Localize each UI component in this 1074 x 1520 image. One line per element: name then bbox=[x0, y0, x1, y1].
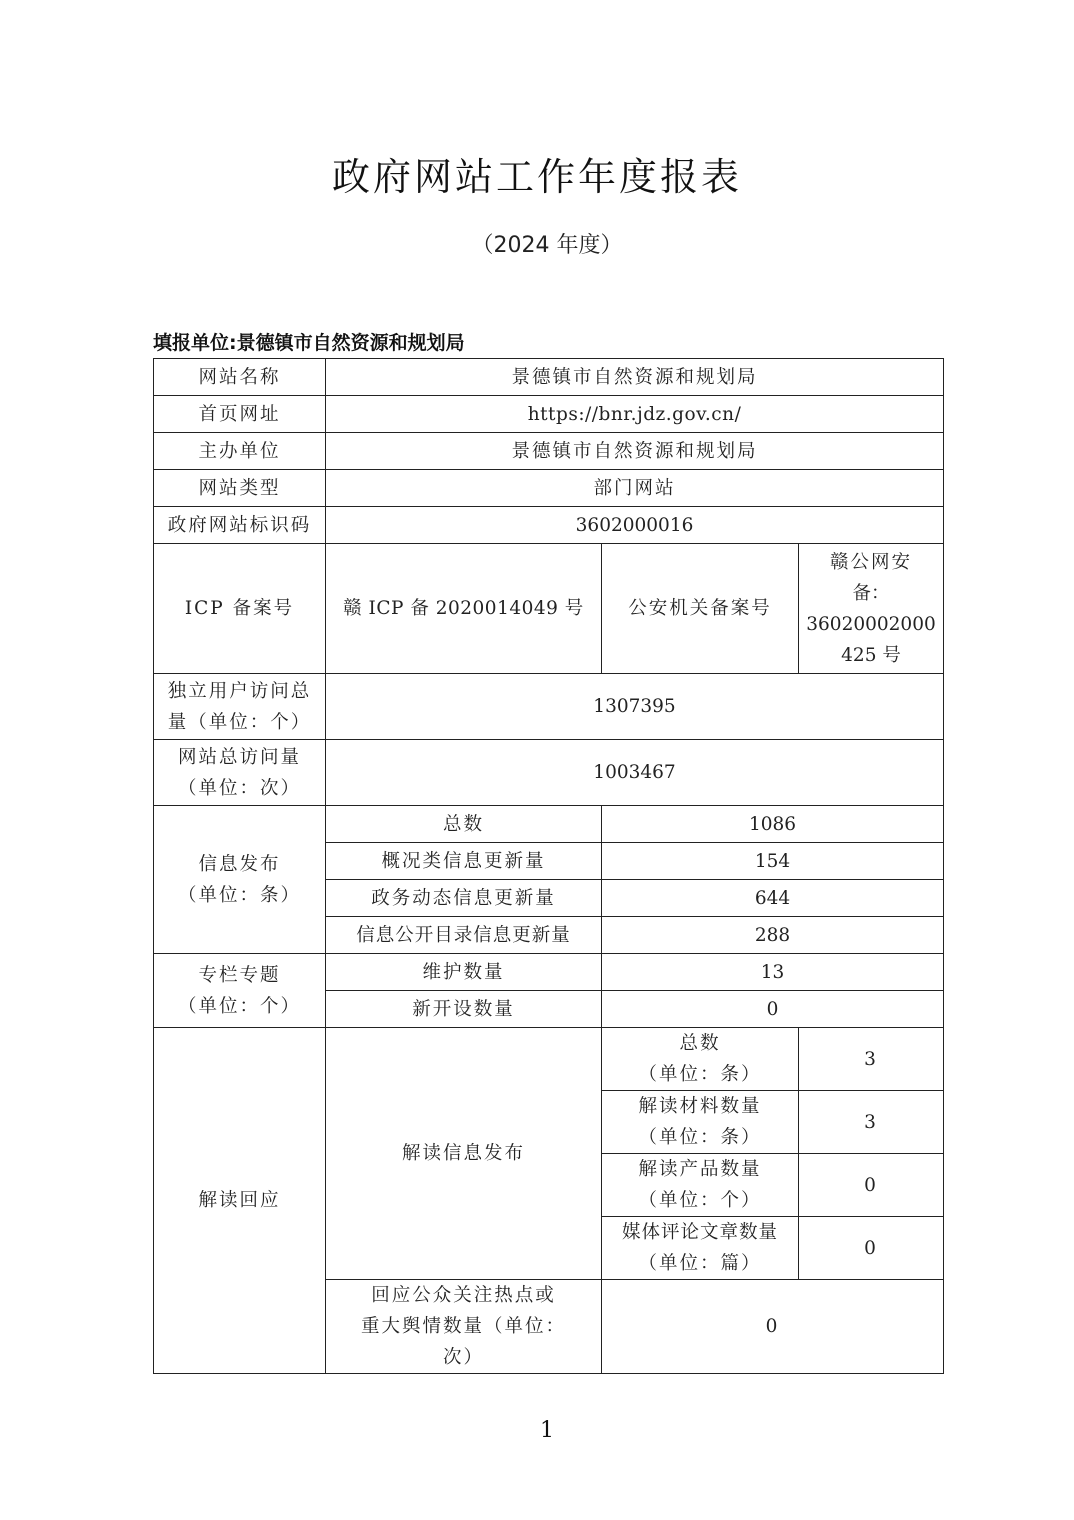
public-response-label: 回应公众关注热点或 重大舆情数量（单位： 次） bbox=[326, 1280, 602, 1374]
total-visits-label: 网站总访问量 （单位：次） bbox=[154, 740, 326, 806]
label-line: （单位：次） bbox=[158, 773, 321, 804]
gov-news-update-label: 政务动态信息更新量 bbox=[326, 880, 602, 917]
label-line: 媒体评论文章数量 bbox=[606, 1217, 794, 1248]
new-count-label: 新开设数量 bbox=[326, 991, 602, 1028]
label-line: （单位：条） bbox=[606, 1059, 794, 1090]
disclosure-catalog-update-value: 288 bbox=[602, 917, 944, 954]
icp-value: 赣 ICP 备 2020014049 号 bbox=[326, 544, 602, 674]
table-row: 主办单位 景德镇市自然资源和规划局 bbox=[154, 433, 944, 470]
interp-product-label: 解读产品数量 （单位：个） bbox=[602, 1154, 799, 1217]
table-row: 网站总访问量 （单位：次） 1003467 bbox=[154, 740, 944, 806]
overview-update-value: 154 bbox=[602, 843, 944, 880]
police-record-value: 赣公网安 备： 36020002000 425 号 bbox=[799, 544, 944, 674]
table-row: 政府网站标识码 3602000016 bbox=[154, 507, 944, 544]
reporting-unit: 填报单位:景德镇市自然资源和规划局 bbox=[153, 328, 465, 355]
host-unit-label: 主办单位 bbox=[154, 433, 326, 470]
site-name-label: 网站名称 bbox=[154, 359, 326, 396]
report-year: （2024 年度） bbox=[0, 228, 1074, 259]
label-line: 次） bbox=[330, 1342, 597, 1373]
interp-total-label: 总数 （单位：条） bbox=[602, 1028, 799, 1091]
label-line: 量（单位：个） bbox=[158, 707, 321, 738]
label-line: （单位：条） bbox=[158, 880, 321, 911]
police-record-line: 425 号 bbox=[803, 640, 939, 671]
label-line: 重大舆情数量（单位： bbox=[330, 1311, 597, 1342]
media-comment-label: 媒体评论文章数量 （单位：篇） bbox=[602, 1217, 799, 1280]
host-unit-value: 景德镇市自然资源和规划局 bbox=[326, 433, 944, 470]
label-line: 网站总访问量 bbox=[158, 742, 321, 773]
label-line: 独立用户访问总 bbox=[158, 676, 321, 707]
gov-news-update-value: 644 bbox=[602, 880, 944, 917]
label-line: 回应公众关注热点或 bbox=[330, 1280, 597, 1311]
police-record-line: 备： bbox=[803, 578, 939, 609]
table-row: 首页网址 https://bnr.jdz.gov.cn/ bbox=[154, 396, 944, 433]
interp-total-value: 3 bbox=[799, 1028, 944, 1091]
table-row: 专栏专题 （单位：个） 维护数量 13 bbox=[154, 954, 944, 991]
icp-label: ICP 备案号 bbox=[154, 544, 326, 674]
table-row: ICP 备案号 赣 ICP 备 2020014049 号 公安机关备案号 赣公网… bbox=[154, 544, 944, 674]
gov-site-code-value: 3602000016 bbox=[326, 507, 944, 544]
page-title: 政府网站工作年度报表 bbox=[0, 146, 1074, 201]
table-row: 解读回应 解读信息发布 总数 （单位：条） 3 bbox=[154, 1028, 944, 1091]
interp-material-label: 解读材料数量 （单位：条） bbox=[602, 1091, 799, 1154]
new-count-value: 0 bbox=[602, 991, 944, 1028]
label-line: 解读产品数量 bbox=[606, 1154, 794, 1185]
total-visits-value: 1003467 bbox=[326, 740, 944, 806]
label-line: 专栏专题 bbox=[158, 960, 321, 991]
page-number: 1 bbox=[0, 1418, 1074, 1443]
special-columns-label: 专栏专题 （单位：个） bbox=[154, 954, 326, 1028]
interp-material-value: 3 bbox=[799, 1091, 944, 1154]
overview-update-label: 概况类信息更新量 bbox=[326, 843, 602, 880]
interpretation-label: 解读回应 bbox=[154, 1028, 326, 1374]
report-table: 网站名称 景德镇市自然资源和规划局 首页网址 https://bnr.jdz.g… bbox=[153, 358, 944, 1374]
police-record-label: 公安机关备案号 bbox=[602, 544, 799, 674]
label-line: 信息发布 bbox=[158, 849, 321, 880]
label-line: 总数 bbox=[606, 1028, 794, 1059]
table-row: 网站类型 部门网站 bbox=[154, 470, 944, 507]
unique-visitors-label: 独立用户访问总 量（单位：个） bbox=[154, 674, 326, 740]
label-line: 解读材料数量 bbox=[606, 1091, 794, 1122]
table-row: 网站名称 景德镇市自然资源和规划局 bbox=[154, 359, 944, 396]
table-row: 独立用户访问总 量（单位：个） 1307395 bbox=[154, 674, 944, 740]
interp-product-value: 0 bbox=[799, 1154, 944, 1217]
police-record-line: 36020002000 bbox=[803, 609, 939, 640]
police-record-line: 赣公网安 bbox=[803, 547, 939, 578]
interpretation-publish-label: 解读信息发布 bbox=[326, 1028, 602, 1280]
label-line: （单位：条） bbox=[606, 1122, 794, 1153]
gov-site-code-label: 政府网站标识码 bbox=[154, 507, 326, 544]
maintained-count-value: 13 bbox=[602, 954, 944, 991]
label-line: （单位：个） bbox=[158, 991, 321, 1022]
site-type-label: 网站类型 bbox=[154, 470, 326, 507]
homepage-url-value: https://bnr.jdz.gov.cn/ bbox=[326, 396, 944, 433]
site-name-value: 景德镇市自然资源和规划局 bbox=[326, 359, 944, 396]
media-comment-value: 0 bbox=[799, 1217, 944, 1280]
label-line: （单位：个） bbox=[606, 1185, 794, 1216]
table-row: 信息发布 （单位：条） 总数 1086 bbox=[154, 806, 944, 843]
label-line: （单位：篇） bbox=[606, 1248, 794, 1279]
info-publish-total-label: 总数 bbox=[326, 806, 602, 843]
homepage-url-label: 首页网址 bbox=[154, 396, 326, 433]
site-type-value: 部门网站 bbox=[326, 470, 944, 507]
public-response-value: 0 bbox=[602, 1280, 944, 1374]
info-publish-total-value: 1086 bbox=[602, 806, 944, 843]
unique-visitors-value: 1307395 bbox=[326, 674, 944, 740]
maintained-count-label: 维护数量 bbox=[326, 954, 602, 991]
info-publish-label: 信息发布 （单位：条） bbox=[154, 806, 326, 954]
disclosure-catalog-update-label: 信息公开目录信息更新量 bbox=[326, 917, 602, 954]
